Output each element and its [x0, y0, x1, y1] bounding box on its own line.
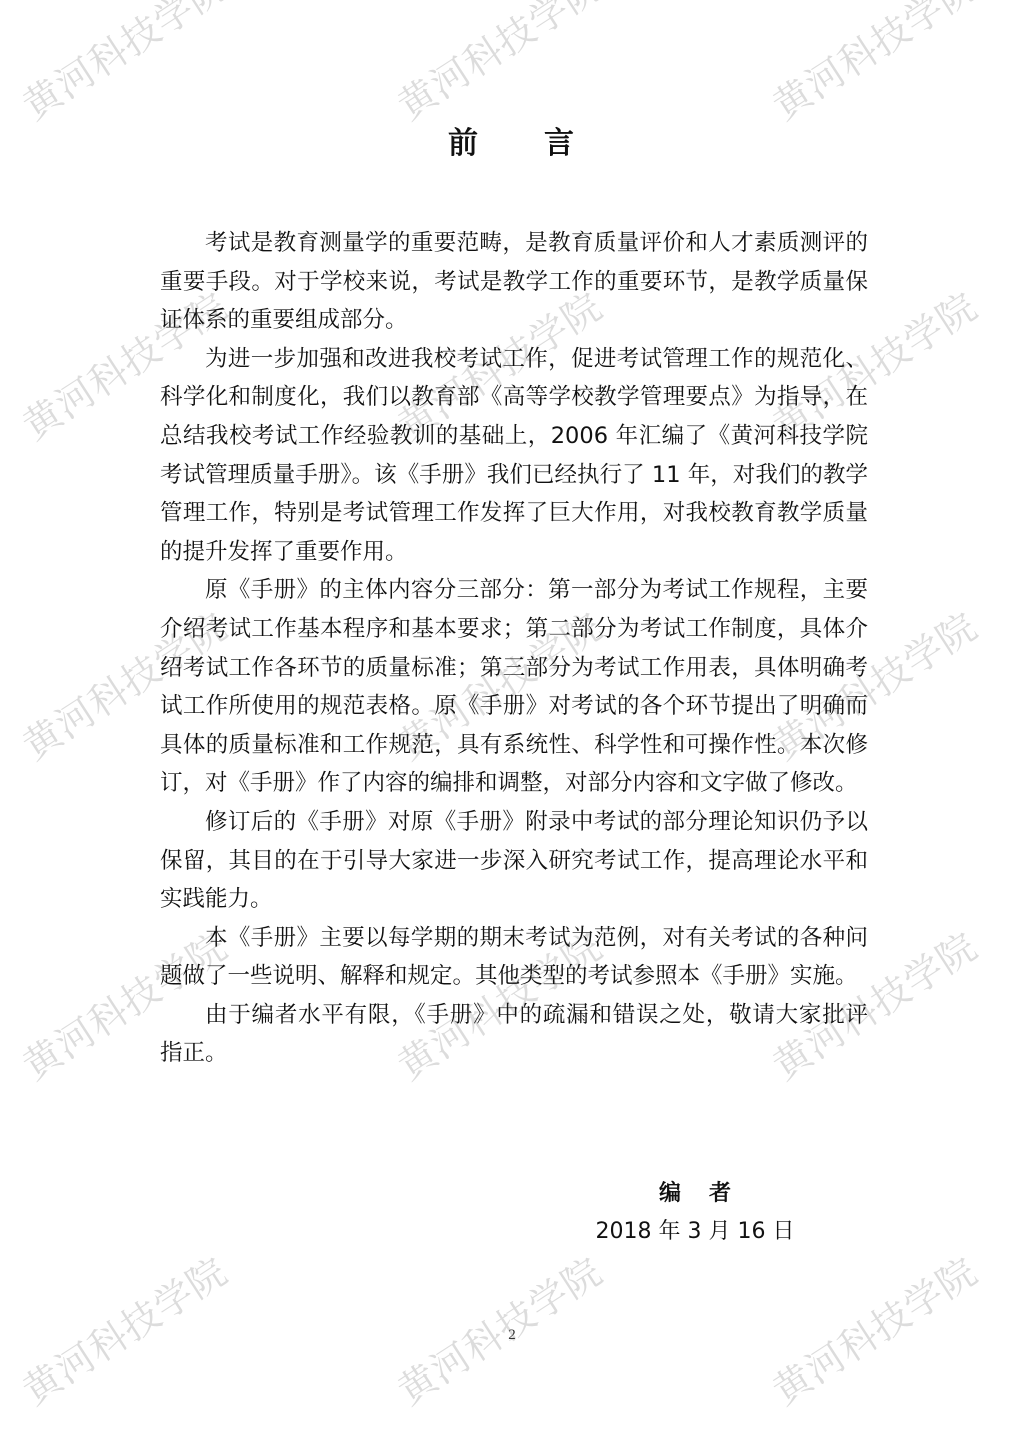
signature-author: 编者 [560, 1175, 830, 1213]
paragraph-background: 为进一步加强和改进我校考试工作，促进考试管理工作的规范化、科学化和制度化，我们以… [160, 340, 868, 572]
signature-date: 2018 年 3 月 16 日 [560, 1213, 830, 1251]
preface-body: 考试是教育测量学的重要范畴，是教育质量评价和人才素质测评的重要手段。对于学校来说… [160, 224, 868, 1073]
title-char-2: 言 [544, 118, 576, 162]
paragraph-intro: 考试是教育测量学的重要范畴，是教育质量评价和人才素质测评的重要手段。对于学校来说… [160, 224, 868, 340]
page-number: 2 [0, 1327, 1024, 1344]
paragraph-closing: 由于编者水平有限，《手册》中的疏漏和错误之处，敬请大家批评指正。 [160, 996, 868, 1073]
signature-block: 编者 2018 年 3 月 16 日 [560, 1175, 830, 1251]
author-char-1: 编 [659, 1175, 681, 1213]
author-char-2: 者 [709, 1175, 731, 1213]
paragraph-scope: 本《手册》主要以每学期的期末考试为范例，对有关考试的各种问题做了一些说明、解释和… [160, 919, 868, 996]
paragraph-original-contents: 原《手册》的主体内容分三部分：第一部分为考试工作规程，主要介绍考试工作基本程序和… [160, 571, 868, 803]
title-char-1: 前 [448, 118, 480, 162]
document-page: 前言 考试是教育测量学的重要范畴，是教育质量评价和人才素质测评的重要手段。对于学… [0, 0, 1024, 1448]
page-title: 前言 [0, 118, 1024, 162]
paragraph-revision: 修订后的《手册》对原《手册》附录中考试的部分理论知识仍予以保留，其目的在于引导大… [160, 803, 868, 919]
